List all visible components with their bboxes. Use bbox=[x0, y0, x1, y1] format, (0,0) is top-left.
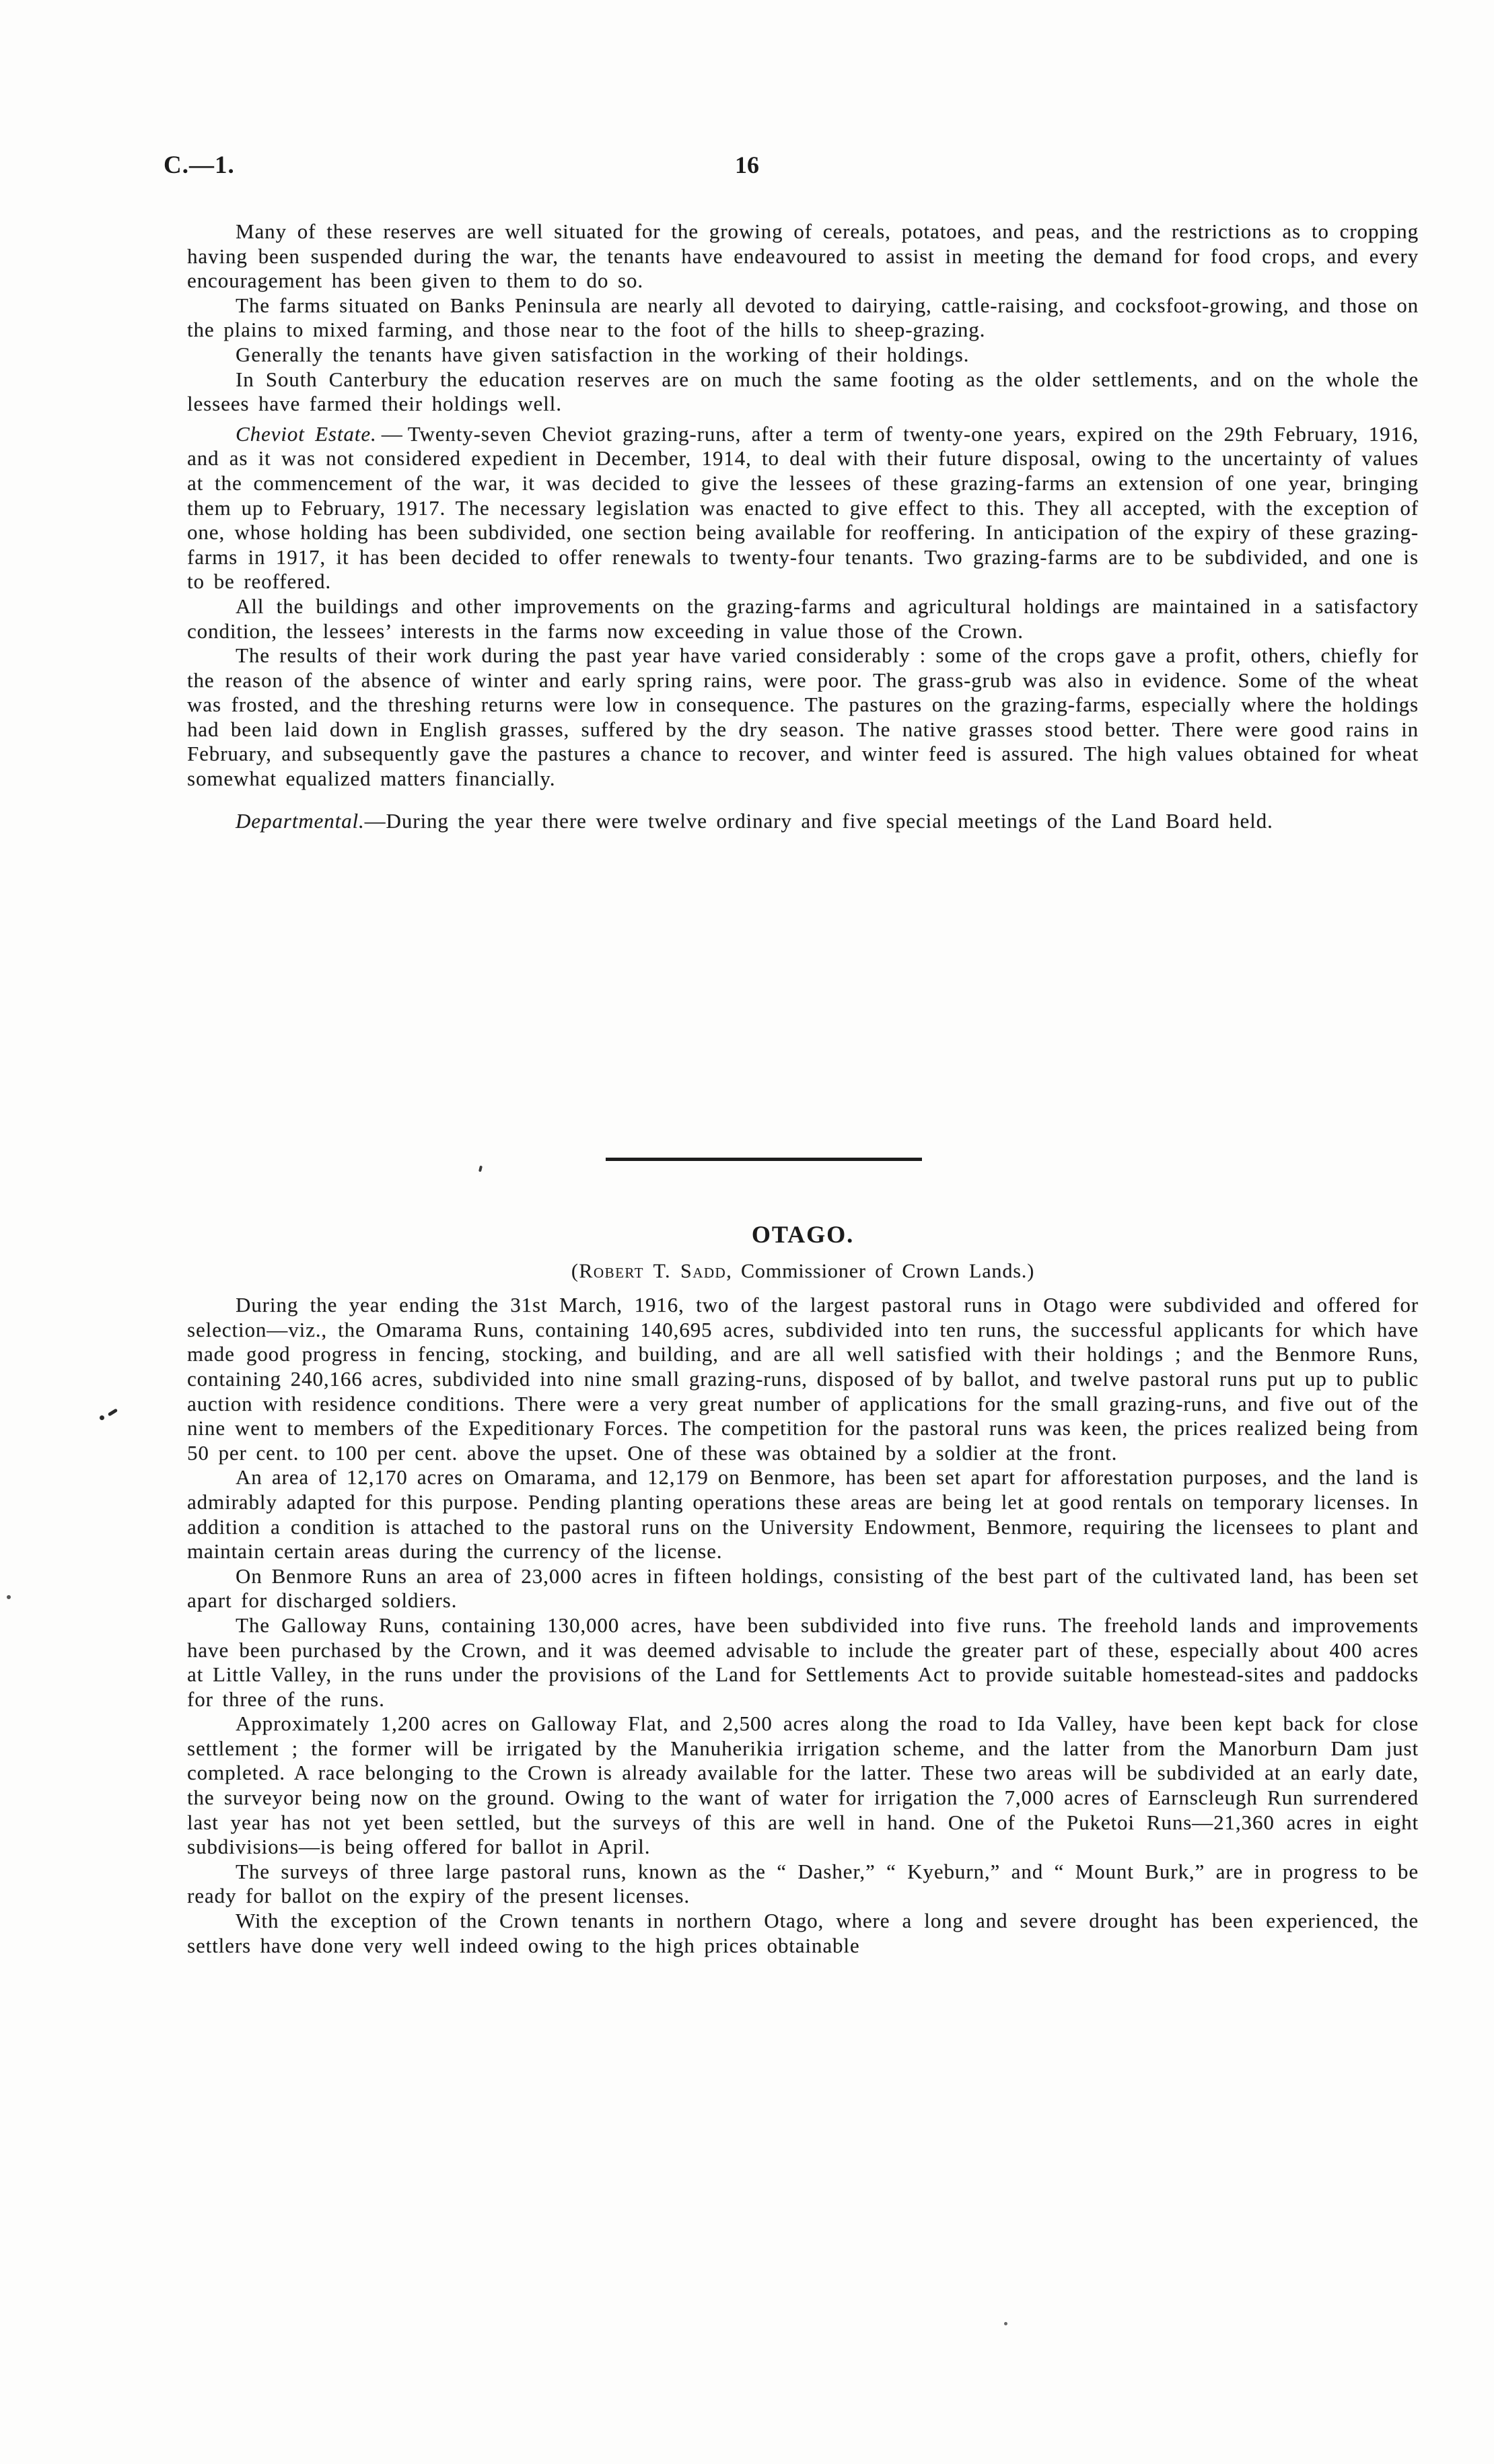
paragraph-text: The results of their work during the pas… bbox=[187, 643, 1419, 790]
paragraph-banks-peninsula: The farms situated on Banks Peninsula ar… bbox=[187, 293, 1419, 343]
ink-speck bbox=[100, 1415, 104, 1420]
ink-speck bbox=[108, 1408, 118, 1416]
paragraph-pastoral-runs: During the year ending the 31st March, 1… bbox=[187, 1293, 1419, 1465]
paragraph-benmore-soldiers: On Benmore Runs an area of 23,000 acres … bbox=[187, 1564, 1419, 1613]
paragraph-text: The surveys of three large pastoral runs… bbox=[187, 1860, 1419, 1908]
paragraph-text: During the year ending the 31st March, 1… bbox=[187, 1293, 1419, 1465]
paragraph-lead: Departmental. bbox=[236, 809, 365, 833]
paragraph-text: Approximately 1,200 acres on Galloway Fl… bbox=[187, 1712, 1419, 1858]
commissioner-byline: (Robert T. Sadd, Commissioner of Crown L… bbox=[187, 1259, 1419, 1284]
paragraph-text: —During the year there were twelve ordin… bbox=[365, 809, 1273, 833]
paragraph-text: The Galloway Runs, containing 130,000 ac… bbox=[187, 1613, 1419, 1711]
paragraph-text: In South Canterbury the education reserv… bbox=[187, 367, 1419, 416]
paragraph-text: All the buildings and other improvements… bbox=[187, 594, 1419, 643]
paragraph-text: Many of these reserves are well situated… bbox=[187, 219, 1419, 292]
paragraph-afforestation: An area of 12,170 acres on Omarama, and … bbox=[187, 1465, 1419, 1563]
paragraph-northern-otago: With the exception of the Crown tenants … bbox=[187, 1909, 1419, 1958]
paragraph-cheviot-estate: Cheviot Estate. — Twenty-seven Cheviot g… bbox=[187, 422, 1419, 594]
ink-speck bbox=[1004, 2322, 1007, 2325]
paragraph-tenants-satisfaction: Generally the tenants have given satisfa… bbox=[187, 343, 1419, 367]
paragraph-text: — Twenty-seven Cheviot grazing-runs, aft… bbox=[187, 422, 1419, 594]
paragraph-departmental: Departmental.—During the year there were… bbox=[187, 809, 1419, 834]
paragraph-buildings: All the buildings and other improvements… bbox=[187, 594, 1419, 643]
paragraph-galloway-runs: The Galloway Runs, containing 130,000 ac… bbox=[187, 1613, 1419, 1712]
paragraph-text: An area of 12,170 acres on Omarama, and … bbox=[187, 1465, 1419, 1563]
section-heading-otago: OTAGO. bbox=[187, 1222, 1419, 1247]
paragraph-surveys: The surveys of three large pastoral runs… bbox=[187, 1860, 1419, 1909]
commissioner-title: , Commissioner of Crown Lands.) bbox=[726, 1260, 1034, 1282]
paragraph-text: On Benmore Runs an area of 23,000 acres … bbox=[187, 1564, 1419, 1613]
page-number: 16 bbox=[0, 151, 1494, 179]
paragraph-text: The farms situated on Banks Peninsula ar… bbox=[187, 293, 1419, 342]
canterbury-section: Many of these reserves are well situated… bbox=[187, 219, 1419, 833]
paragraph-text: Generally the tenants have given satisfa… bbox=[236, 343, 969, 366]
paragraph-reserves: Many of these reserves are well situated… bbox=[187, 219, 1419, 293]
ink-speck bbox=[7, 1595, 11, 1599]
paragraph-text: With the exception of the Crown tenants … bbox=[187, 1909, 1419, 1957]
ink-speck bbox=[478, 1166, 483, 1172]
paragraph-galloway-flat: Approximately 1,200 acres on Galloway Fl… bbox=[187, 1712, 1419, 1860]
document-page: C.—1. 16 Many of these reserves are well… bbox=[0, 0, 1494, 2464]
paragraph-results: The results of their work during the pas… bbox=[187, 643, 1419, 791]
otago-section: OTAGO. (Robert T. Sadd, Commissioner of … bbox=[187, 1222, 1419, 1958]
paragraph-lead: Cheviot Estate. bbox=[236, 422, 377, 446]
section-divider-rule bbox=[606, 1158, 922, 1161]
paragraph-south-canterbury: In South Canterbury the education reserv… bbox=[187, 367, 1419, 417]
commissioner-name: (Robert T. Sadd bbox=[571, 1260, 726, 1282]
